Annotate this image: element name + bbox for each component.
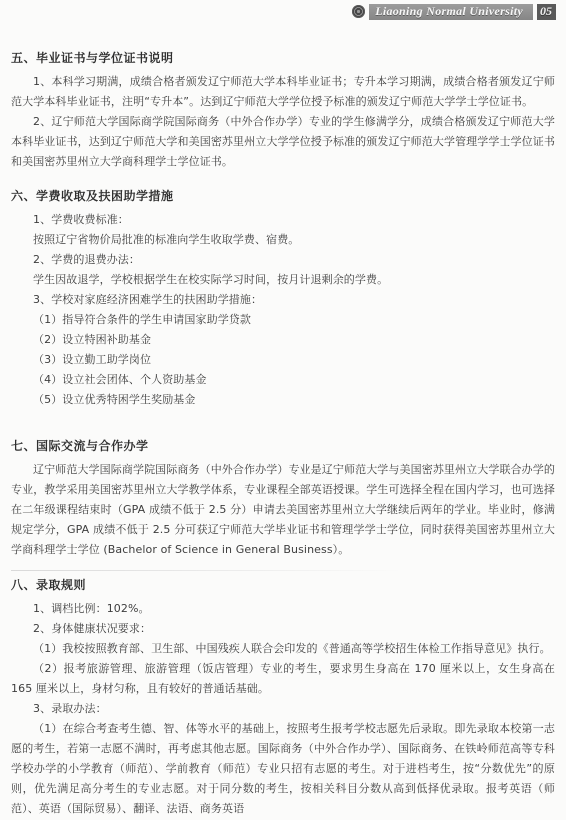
- section-title-tuition-aid: 六、学费收取及扶困助学措施: [11, 188, 555, 204]
- section-divider: [11, 570, 555, 571]
- section-international-cooperation: 七、国际交流与合作办学 辽宁师范大学国际商学院国际商务（中外合作办学）专业是辽宁…: [11, 438, 555, 560]
- university-seal-icon: [352, 5, 365, 18]
- list-item: （1）指导符合条件的学生申请国家助学贷款: [11, 310, 555, 330]
- paragraph: （1）在综合考查考生德、智、体等水平的基础上，按照考生报考学校志愿先后录取。即先…: [11, 719, 555, 819]
- section-title-international-cooperation: 七、国际交流与合作办学: [11, 438, 555, 454]
- list-item: （5）设立优秀特困学生奖励基金: [11, 390, 555, 410]
- paragraph: 2、身体健康状况要求：: [11, 619, 555, 639]
- paragraph: 3、录取办法：: [11, 699, 555, 719]
- page-number: 05: [537, 4, 556, 20]
- paragraph: 2、学费的退费办法：: [11, 250, 555, 270]
- paragraph: 3、学校对家庭经济困难学生的扶困助学措施：: [11, 290, 555, 310]
- document-content: 五、毕业证书与学位证书说明 1、本科学习期满，成绩合格者颁发辽宁师范大学本科毕业…: [0, 0, 566, 819]
- document-page: Liaoning Normal University 05 五、毕业证书与学位证…: [0, 0, 566, 820]
- section-certificates: 五、毕业证书与学位证书说明 1、本科学习期满，成绩合格者颁发辽宁师范大学本科毕业…: [11, 50, 555, 172]
- section-title-certificates: 五、毕业证书与学位证书说明: [11, 50, 555, 66]
- list-item: （2）设立特困补助基金: [11, 330, 555, 350]
- section-tuition-aid: 六、学费收取及扶困助学措施 1、学费收费标准： 按照辽宁省物价局批准的标准向学生…: [11, 188, 555, 410]
- paragraph: 1、学费收费标准：: [11, 210, 555, 230]
- paragraph: 按照辽宁省物价局批准的标准向学生收取学费、宿费。: [11, 230, 555, 250]
- paragraph: 2、辽宁师范大学国际商学院国际商务（中外合作办学）专业的学生修满学分，成绩合格颁…: [11, 112, 555, 172]
- university-name-banner: Liaoning Normal University: [369, 4, 533, 20]
- paragraph: 1、本科学习期满，成绩合格者颁发辽宁师范大学本科毕业证书；专升本学习期满，成绩合…: [11, 72, 555, 112]
- paragraph: 学生因故退学，学校根据学生在校实际学习时间，按月计退剩余的学费。: [11, 270, 555, 290]
- paragraph: （2）报考旅游管理、旅游管理（饭店管理）专业的考生，要求男生身高在 170 厘米…: [11, 659, 555, 699]
- paragraph: 1、调档比例：102%。: [11, 599, 555, 619]
- paragraph: （1）我校按照教育部、卫生部、中国残疾人联合会印发的《普通高等学校招生体检工作指…: [11, 639, 555, 659]
- list-item: （3）设立勤工助学岗位: [11, 350, 555, 370]
- paragraph: 辽宁师范大学国际商学院国际商务（中外合作办学）专业是辽宁师范大学与美国密苏里州立…: [11, 460, 555, 560]
- section-title-admission-rules: 八、录取规则: [11, 577, 555, 593]
- page-header: Liaoning Normal University 05: [352, 4, 556, 19]
- list-item: （4）设立社会团体、个人资助基金: [11, 370, 555, 390]
- section-admission-rules: 八、录取规则 1、调档比例：102%。 2、身体健康状况要求： （1）我校按照教…: [11, 577, 555, 819]
